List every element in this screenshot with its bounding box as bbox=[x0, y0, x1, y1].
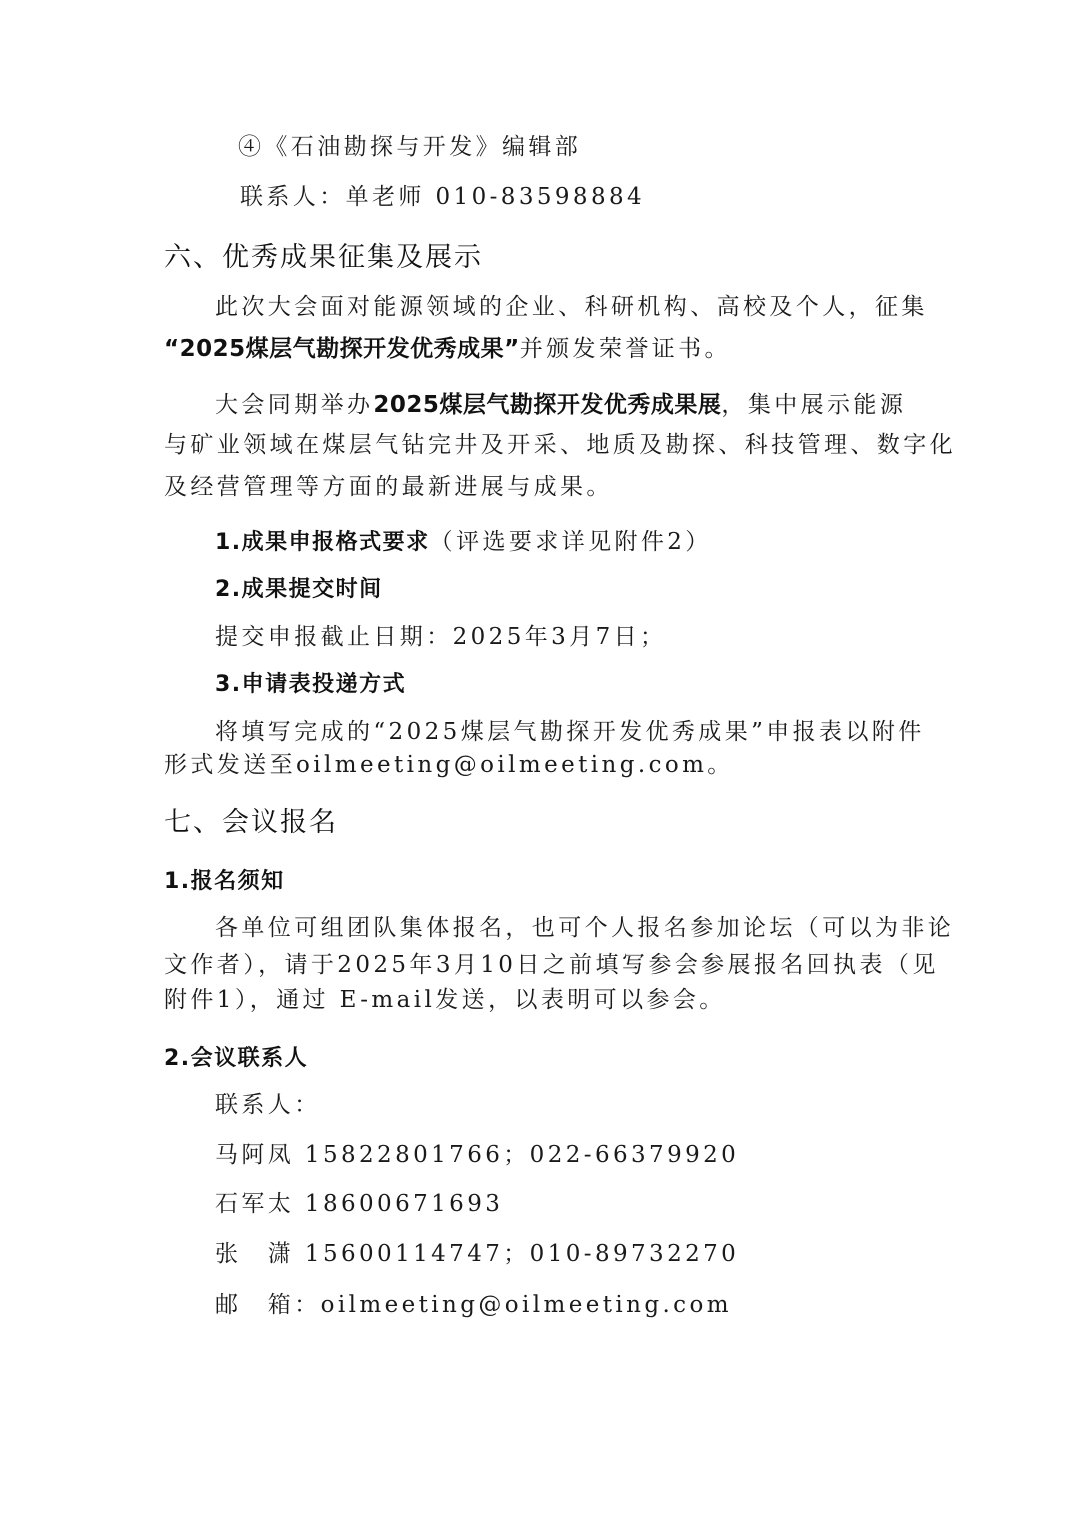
section-6-paragraph-2-line-1: 大会同期举办2025煤层气勘探开发优秀成果展，集中展示能源 bbox=[215, 390, 906, 420]
section-6-paragraph-2-line-2: 与矿业领域在煤层气钻完井及开采、地质及勘探、科技管理、数字化 bbox=[164, 430, 914, 460]
subheading-format-requirements: 1.成果申报格式要求（评选要求详见附件2） bbox=[215, 527, 712, 558]
contact-zhang-xiao: 张 潇 15600114747；010-89732270 bbox=[215, 1239, 739, 1269]
contact-ma-afeng: 马阿凤 15822801766；022-66379920 bbox=[215, 1140, 739, 1170]
section-6-heading: 六、优秀成果征集及展示 bbox=[164, 243, 483, 273]
section-6-paragraph-2-line-3: 及经营管理等方面的最新进展与成果。 bbox=[164, 472, 613, 502]
editorial-contact: 联系人：单老师 010-83598884 bbox=[240, 182, 645, 212]
subheading-submission-time: 2.成果提交时间 bbox=[215, 575, 383, 605]
section-7-heading: 七、会议报名 bbox=[164, 808, 338, 838]
subheading-delivery-method: 3.申请表投递方式 bbox=[215, 670, 406, 700]
contacts-label: 联系人： bbox=[215, 1090, 321, 1120]
exhibition-title-bold: 2025煤层气勘探开发优秀成果展 bbox=[373, 392, 721, 418]
registration-paragraph-line-1: 各单位可组团队集体报名，也可个人报名参加论坛（可以为非论 bbox=[215, 913, 915, 943]
subheading-registration-notice: 1.报名须知 bbox=[164, 867, 285, 897]
editorial-office-item: ④《石油勘探与开发》编辑部 bbox=[238, 132, 581, 162]
registration-paragraph-line-3: 附件1），通过 E-mail发送，以表明可以参会。 bbox=[164, 985, 726, 1015]
contact-email: 邮 箱：oilmeeting@oilmeeting.com bbox=[215, 1290, 732, 1320]
section-6-paragraph-1-line-1: 此次大会面对能源领域的企业、科研机构、高校及个人，征集 bbox=[215, 292, 915, 322]
submission-deadline: 提交申报截止日期：2025年3月7日； bbox=[215, 622, 666, 652]
delivery-paragraph-line-2: 形式发送至oilmeeting@oilmeeting.com。 bbox=[164, 750, 734, 780]
registration-paragraph-line-2: 文作者），请于2025年3月10日之前填写参会参展报名回执表（见 bbox=[164, 950, 914, 980]
subheading-meeting-contacts: 2.会议联系人 bbox=[164, 1044, 308, 1074]
award-title-bold: “2025煤层气勘探开发优秀成果” bbox=[164, 336, 520, 362]
contact-shi-juntai: 石军太 18600671693 bbox=[215, 1189, 503, 1219]
delivery-paragraph-line-1: 将填写完成的“2025煤层气勘探开发优秀成果”申报表以附件 bbox=[215, 717, 915, 747]
section-6-paragraph-1-line-2: “2025煤层气勘探开发优秀成果”并颁发荣誉证书。 bbox=[164, 334, 731, 364]
